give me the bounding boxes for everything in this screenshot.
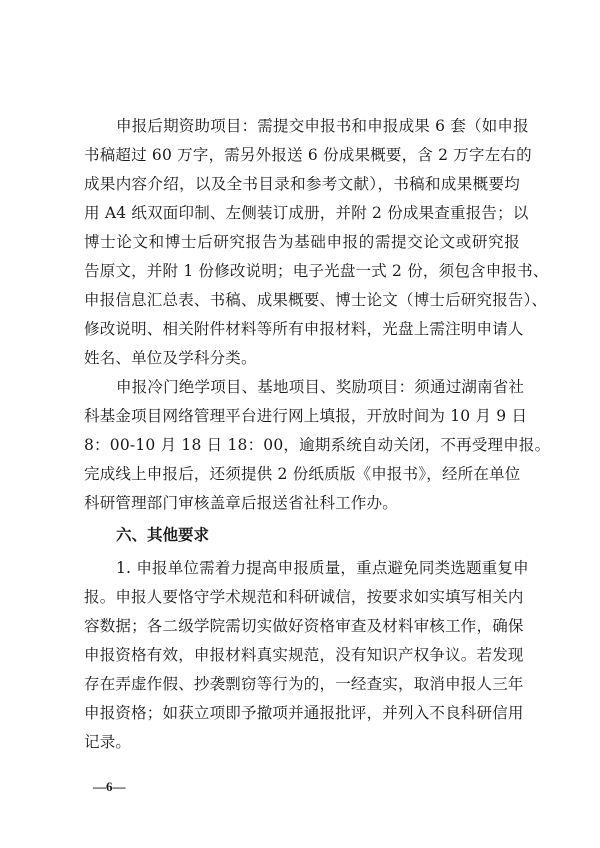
paragraph-line: 报。申报人要恪守学术规范和科研诚信，按要求如实填写相关内 — [84, 587, 520, 607]
paragraph-line: 书稿超过 60 万字，需另外报送 6 份成果概要，含 2 万字左右的 — [84, 145, 520, 165]
paragraph-line: 完成线上申报后，还须提供 2 份纸质版《申报书》，经所在单位 — [84, 464, 520, 484]
paragraph-line: 用 A4 纸双面印制、左侧装订成册，并附 2 份成果查重报告；以 — [84, 203, 520, 223]
page-number: —6— — [93, 778, 126, 796]
section-heading: 六、其他要求 — [116, 525, 209, 545]
paragraph-line: 存在弄虚作假、抄袭剽窃等行为的，一经查实，取消申报人三年 — [84, 674, 520, 694]
paragraph-line: 成果内容介绍，以及全书目录和参考文献），书稿和成果概要均 — [84, 174, 520, 194]
paragraph-line: 告原文，并附 1 份修改说明；电子光盘一式 2 份，须包含申报书、 — [84, 261, 520, 281]
paragraph-line: 申报资格；如获立项即予撤项并通报批评，并列入不良科研信用 — [84, 703, 520, 723]
paragraph-line: 申报后期资助项目：需提交申报书和申报成果 6 套（如申报 — [116, 116, 520, 136]
paragraph-line: 科研管理部门审核盖章后报送省社科工作办。 — [84, 493, 520, 513]
paragraph-line: 修改说明、相关附件材料等所有申报材料，光盘上需注明申请人 — [84, 319, 520, 339]
document-page: 申报后期资助项目：需提交申报书和申报成果 6 套（如申报 书稿超过 60 万字，… — [0, 0, 600, 848]
paragraph-line: 记录。 — [84, 732, 520, 752]
paragraph-line: 科基金项目网络管理平台进行网上填报，开放时间为 10 月 9 日 — [84, 406, 520, 426]
paragraph-line: 容数据；各二级学院需切实做好资格审查及材料审核工作，确保 — [84, 616, 520, 636]
paragraph-line: 申报冷门绝学项目、基地项目、奖励项目：须通过湖南省社 — [116, 377, 520, 397]
paragraph-line: 8：00-10 月 18 日 18：00，逾期系统自动关闭，不再受理申报。 — [84, 435, 520, 455]
paragraph-line: 姓名、单位及学科分类。 — [84, 348, 520, 368]
paragraph-line: 1. 申报单位需着力提高申报质量，重点避免同类选题重复申 — [116, 558, 520, 578]
paragraph-line: 申报资格有效，申报材料真实规范，没有知识产权争议。若发现 — [84, 645, 520, 665]
paragraph-line: 博士论文和博士后研究报告为基础申报的需提交论文或研究报 — [84, 232, 520, 252]
paragraph-line: 申报信息汇总表、书稿、成果概要、博士论文（博士后研究报告）、 — [84, 290, 520, 310]
